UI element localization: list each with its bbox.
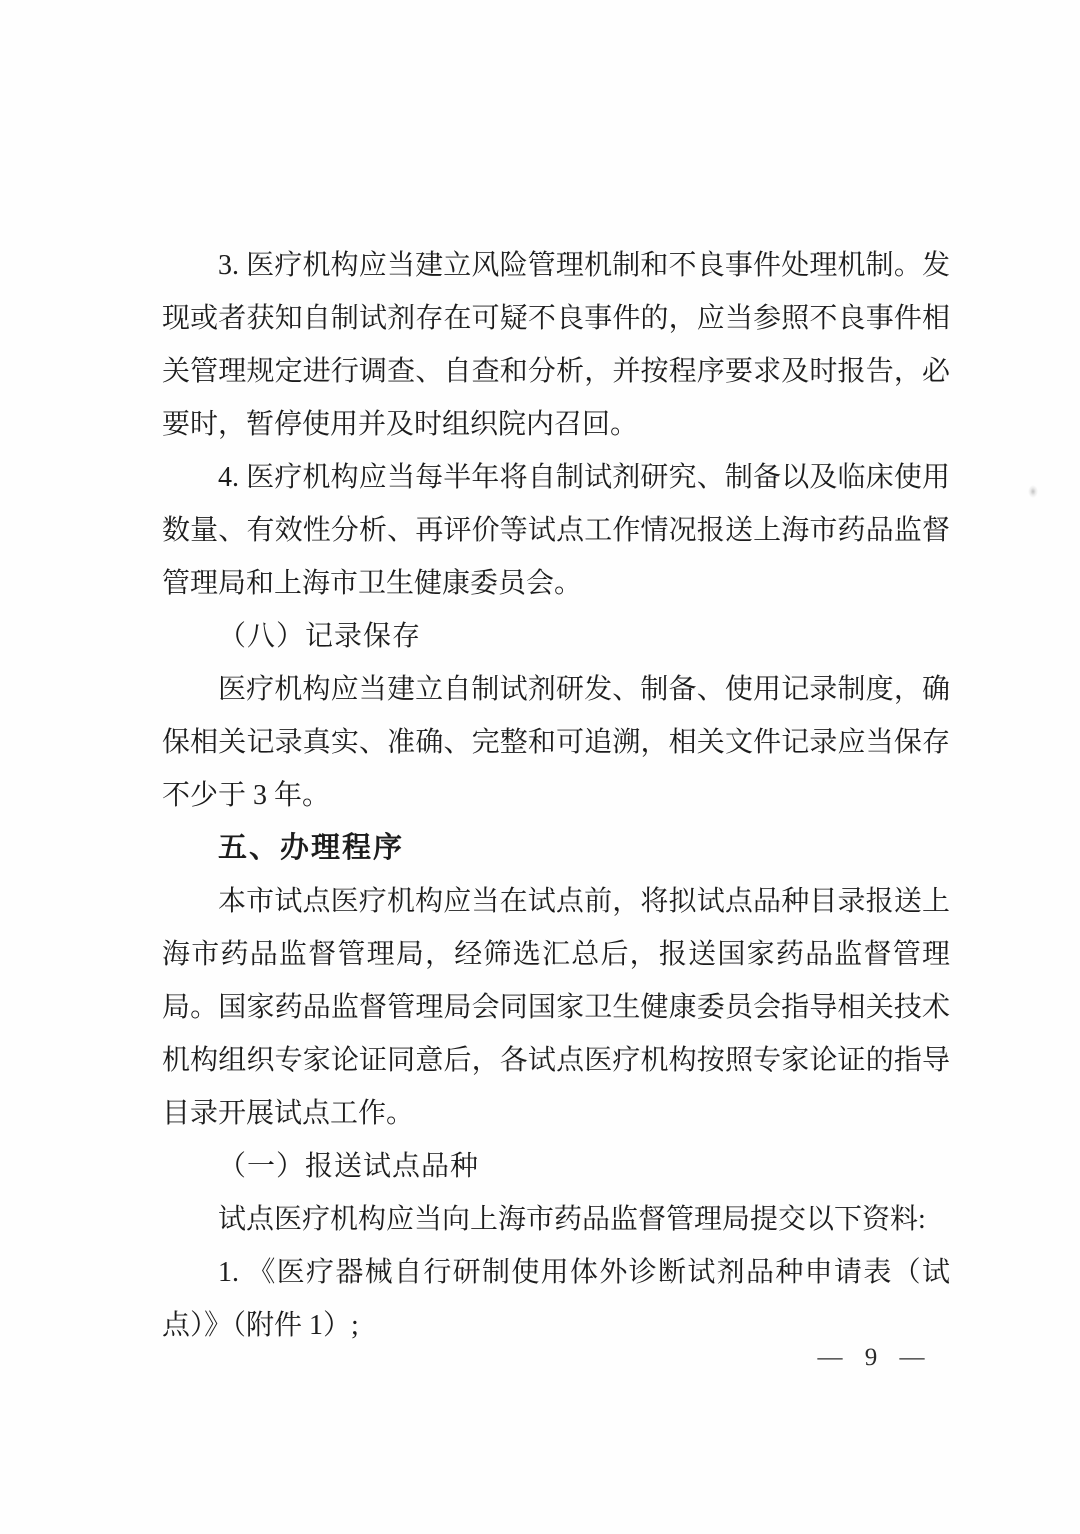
- paragraph-materials-intro: 试点医疗机构应当向上海市药品监督管理局提交以下资料:: [162, 1193, 950, 1246]
- document-body: 3. 医疗机构应当建立风险管理机制和不良事件处理机制。发现或者获知自制试剂存在可…: [162, 239, 950, 1352]
- paragraph-records-retention: 医疗机构应当建立自制试剂研发、制备、使用记录制度，确保相关记录真实、准确、完整和…: [162, 663, 950, 822]
- paragraph-item-3: 3. 医疗机构应当建立风险管理机制和不良事件处理机制。发现或者获知自制试剂存在可…: [162, 239, 950, 451]
- paragraph-item-4: 4. 医疗机构应当每半年将自制试剂研究、制备以及临床使用数量、有效性分析、再评价…: [162, 451, 950, 610]
- paragraph-pilot-procedure: 本市试点医疗机构应当在试点前，将拟试点品种目录报送上海市药品监督管理局，经筛选汇…: [162, 875, 950, 1140]
- subsection-heading-8-records: （八）记录保存: [162, 610, 950, 663]
- page-number: — 9 —: [790, 1344, 960, 1372]
- subsection-heading-1-submission: （一）报送试点品种: [162, 1140, 950, 1193]
- document-page: 3. 医疗机构应当建立风险管理机制和不良事件处理机制。发现或者获知自制试剂存在可…: [0, 0, 1080, 1534]
- section-heading-5-procedures: 五、办理程序: [162, 822, 950, 875]
- paragraph-material-item-1: 1. 《医疗器械自行研制使用体外诊断试剂品种申请表（试点）》（附件 1）;: [162, 1246, 950, 1352]
- scan-artifact-speck: [1028, 485, 1038, 498]
